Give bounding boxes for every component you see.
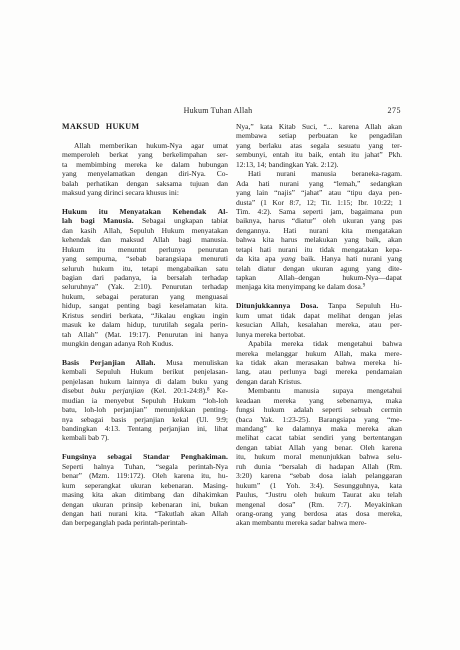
text-line: yang sempurna, “sebab barangsiapa menuru… <box>62 254 228 263</box>
text-line: Kristus sendiri berkata, “Jikalau engkau… <box>62 311 228 320</box>
text-line: tetapi hati nurani itu tidak mengatakan … <box>236 245 402 254</box>
text-line: dusta” (1 Kor 8:7, 12; Tit. 1:15; Ibr. 1… <box>236 198 402 207</box>
text-line: masing kita akan ditimbang dan dihakimka… <box>62 490 228 499</box>
text-line: ruh dunia “bersalah di hadapan Allah (Rm… <box>236 462 402 471</box>
text-line: kum seperangkat ukuran kebenaran. Masing… <box>62 481 228 490</box>
text-line: mungkin dengan adanya Roh Kudus. <box>62 339 228 348</box>
text-line: Tim. 4:2). Sama seperti jam, bagaimana p… <box>236 207 402 216</box>
text-line: akan membantu mereka sadar bahwa mere- <box>236 518 402 527</box>
text-line: Paulus, “Justru oleh hukum Taurat aku te… <box>236 490 402 499</box>
text-line: tah Allah” (Mat. 19:17). Penurutan ini h… <box>62 330 228 339</box>
text-line: hidup, sangat penting bagi keselamatan k… <box>62 301 228 310</box>
paragraph: Membantu manusia supaya mengetahuikeadaa… <box>236 386 402 528</box>
text-line: baiknya, harus “diatur” oleh ukuran yang… <box>236 216 402 225</box>
text-line: dan kasih Allah, Sepuluh Hukum menyataka… <box>62 226 228 235</box>
text-line: menjaga kita menyimpang ke dalam dosa.9 <box>236 282 402 291</box>
text-line: seluruhnya” (Yak. 2:10). Penurutan terha… <box>62 282 228 291</box>
text-line: Hukum itu Menyatakan Kehendak Al- <box>62 207 228 216</box>
text-line: (baca Yak. 1:23-25). Barangsiapa yang “m… <box>236 415 402 424</box>
text-line: yang berlaku atas segala sesuatu yang te… <box>236 141 402 150</box>
left-column: MAKSUD HUKUMAllah memberikan hukum-Nya a… <box>62 122 228 528</box>
paragraph: Hukum itu Menyatakan Kehendak Al-lah bag… <box>62 207 228 349</box>
text-line: Fungsinya sebagai Standar Penghakiman. <box>62 452 228 461</box>
text-line: melihat cacat tabiat sendiri yang berten… <box>236 433 402 442</box>
text-line: Membantu manusia supaya mengetahui <box>236 386 402 395</box>
text-line: yang lain “najis” “jahat” atau “tipu day… <box>236 188 402 197</box>
text-line: sembunyi, entah itu baik, entah itu jaha… <box>236 150 402 159</box>
text-line: dengan darah Kristus. <box>236 377 402 386</box>
text-line: ta membimbing mereka ke dalam hubungan <box>62 160 228 169</box>
text-line: dan berpeganglah pada perintah-perintah- <box>62 518 228 527</box>
text-line: bagian dari padanya, ia bersalah terhada… <box>62 273 228 282</box>
text-line: masuk ke dalam hidup, turutilah segala p… <box>62 320 228 329</box>
text-line: Ditunjukkannya Dosa. Tanpa Sepuluh Hu- <box>236 301 402 310</box>
text-line: telah diatur dengan ukuran agung yang di… <box>236 264 402 273</box>
paragraph: Hati nurani manusia beraneka-ragam.Ada h… <box>236 169 402 292</box>
text-line: nya sebagai basis perjanjian kekal (Ul. … <box>62 415 228 424</box>
text-line: yang menyelamatkan dengan diri-Nya. Co- <box>62 169 228 178</box>
text-columns: MAKSUD HUKUMAllah memberikan hukum-Nya a… <box>62 122 402 528</box>
text-line: maksud yang dirinci secara khusus ini: <box>62 188 228 197</box>
paragraph: Allah memberikan hukum-Nya agar umatmemp… <box>62 141 228 198</box>
text-line: Hukum itu menuntut perlunya penurutan <box>62 245 228 254</box>
text-line: itu, hukum moral menunjukkan bahwa selu- <box>236 452 402 461</box>
text-line: Seperti halnya Tuhan, “segala perintah-N… <box>62 462 228 471</box>
text-line: hukum” (1 Yoh. 3:4). Sesungguhnya, kata <box>236 481 402 490</box>
text-line: Apabila mereka tidak mengetahui bahwa <box>236 339 402 348</box>
text-line: dengan ukuran prinsip kebenaran ini, buk… <box>62 500 228 509</box>
text-line: seluruh hukum itu, tetapi mengabaikan sa… <box>62 264 228 273</box>
text-line: lunya mereka bertobat. <box>236 330 402 339</box>
text-line: bandingkan 4:13. Tentang perjanjian ini,… <box>62 424 228 433</box>
text-line: membawa setiap perbuatan ke pengadilan <box>236 131 402 140</box>
running-header-title: Hukum Tuhan Allah <box>48 106 388 115</box>
text-line: Allah memberikan hukum-Nya agar umat <box>62 141 228 150</box>
text-line: mudian ia menyebut Sepuluh Hukum “loh-lo… <box>62 396 228 405</box>
text-line: mengenal dosa” (Rm. 7:7). Meyakinkan <box>236 500 402 509</box>
text-line: ka tidak akan merasakan bahwa mereka hi- <box>236 358 402 367</box>
text-line: orang-orang yang berdosa atas dosa merek… <box>236 509 402 518</box>
text-line: mereka melanggar hukum Allah, maka mere- <box>236 349 402 358</box>
text-line: mandang” ke dalamnya maka mereka akan <box>236 424 402 433</box>
text-line: bahwa kita harus melakukan yang baik, ak… <box>236 235 402 244</box>
text-line: kesucian Allah, kesalahan mereka, atau p… <box>236 320 402 329</box>
text-line: kembali bab 7). <box>62 433 228 442</box>
text-line: fungsi hukum adalah seperti sebuah cermi… <box>236 405 402 414</box>
text-line: memperoleh berkat yang berkelimpahan ser… <box>62 150 228 159</box>
text-line: lang, atau perlunya bagi mereka pendamai… <box>236 367 402 376</box>
book-page: Hukum Tuhan Allah 275 MAKSUD HUKUMAllah … <box>0 0 460 650</box>
paragraph: Fungsinya sebagai Standar Penghakiman.Se… <box>62 452 228 528</box>
text-line: da kita apa yang baik. Hanya hati nurani… <box>236 254 402 263</box>
text-line: 3:20) karena “sebab dosa ialah pelanggar… <box>236 471 402 480</box>
section-heading: MAKSUD HUKUM <box>62 122 228 131</box>
paragraph: Nya,” kata Kitab Suci, “... karena Allah… <box>236 122 402 169</box>
text-line: benar” (Mzm. 119:172). Oleh karena itu, … <box>62 471 228 480</box>
text-line: dengannya. Hati nurani kita mengatakan <box>236 226 402 235</box>
text-line: Nya,” kata Kitab Suci, “... karena Allah… <box>236 122 402 131</box>
paragraph: Apabila mereka tidak mengetahui bahwamer… <box>236 339 402 386</box>
text-line: tapkan Allah–dengan hukum-Nya—dapat <box>236 273 402 282</box>
text-line: kehendak dan maksud Allah bagi manusia. <box>62 235 228 244</box>
text-line: Hati nurani manusia beraneka-ragam. <box>236 169 402 178</box>
text-line: disebut buku perjanjian (Kel. 20:1-24:8)… <box>62 386 228 395</box>
text-line: dengan tabiat Allah yang benar. Oleh kar… <box>236 443 402 452</box>
paragraph: Basis Perjanjian Allah. Musa menuliskank… <box>62 358 228 443</box>
text-line: Basis Perjanjian Allah. Musa menuliskan <box>62 358 228 367</box>
running-header: Hukum Tuhan Allah 275 <box>62 106 402 118</box>
text-line: balah perhatikan dengan saksama tujuan d… <box>62 179 228 188</box>
text-line: dengan hati nurani kita. “Takutlah akan … <box>62 509 228 518</box>
text-line: kembali Sepuluh Hukum berikut penjelasan… <box>62 367 228 376</box>
text-line: hukum, sebagai peraturan yang menguasai <box>62 292 228 301</box>
text-line: Ada hati nurani yang “lemah,” sedangkan <box>236 179 402 188</box>
paragraph: Ditunjukkannya Dosa. Tanpa Sepuluh Hu-ku… <box>236 301 402 339</box>
right-column: Nya,” kata Kitab Suci, “... karena Allah… <box>236 122 402 528</box>
page-number: 275 <box>388 106 402 115</box>
text-line: 12:13, 14; bandingkan Yak. 2:12). <box>236 160 402 169</box>
text-line: keadaan mereka yang sebenarnya, maka <box>236 396 402 405</box>
text-line: MAKSUD HUKUM <box>62 122 228 131</box>
text-line: penjelasan hukum lainnya di dalam buku y… <box>62 377 228 386</box>
text-line: lah bagi Manusia. Sebagai ungkapan tabia… <box>62 216 228 225</box>
text-line: kum umat tidak dapat melihat dengan jela… <box>236 311 402 320</box>
text-line: batu, loh-loh perjanjian” menunjukkan pe… <box>62 405 228 414</box>
